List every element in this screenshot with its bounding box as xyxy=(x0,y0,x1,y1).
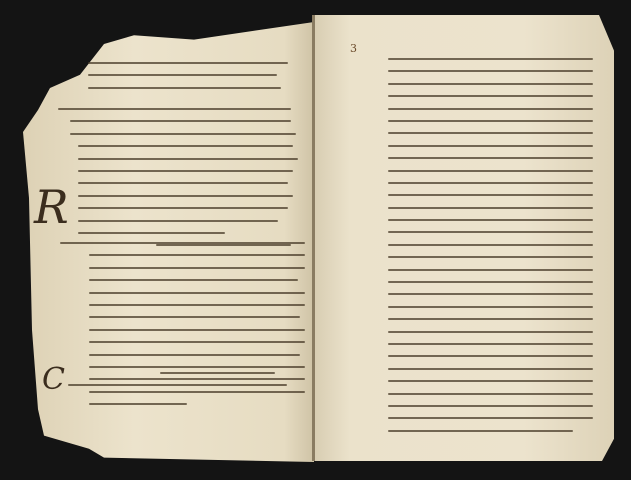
left-text-block-1 xyxy=(58,108,303,257)
gutter xyxy=(312,15,315,461)
left-text-heading xyxy=(88,62,298,99)
left-text-closing xyxy=(68,372,298,397)
decorated-initial: R xyxy=(34,180,69,234)
flourished-initial: C xyxy=(42,362,65,397)
right-text-block xyxy=(388,58,593,442)
folio-number: 3 xyxy=(350,42,357,55)
